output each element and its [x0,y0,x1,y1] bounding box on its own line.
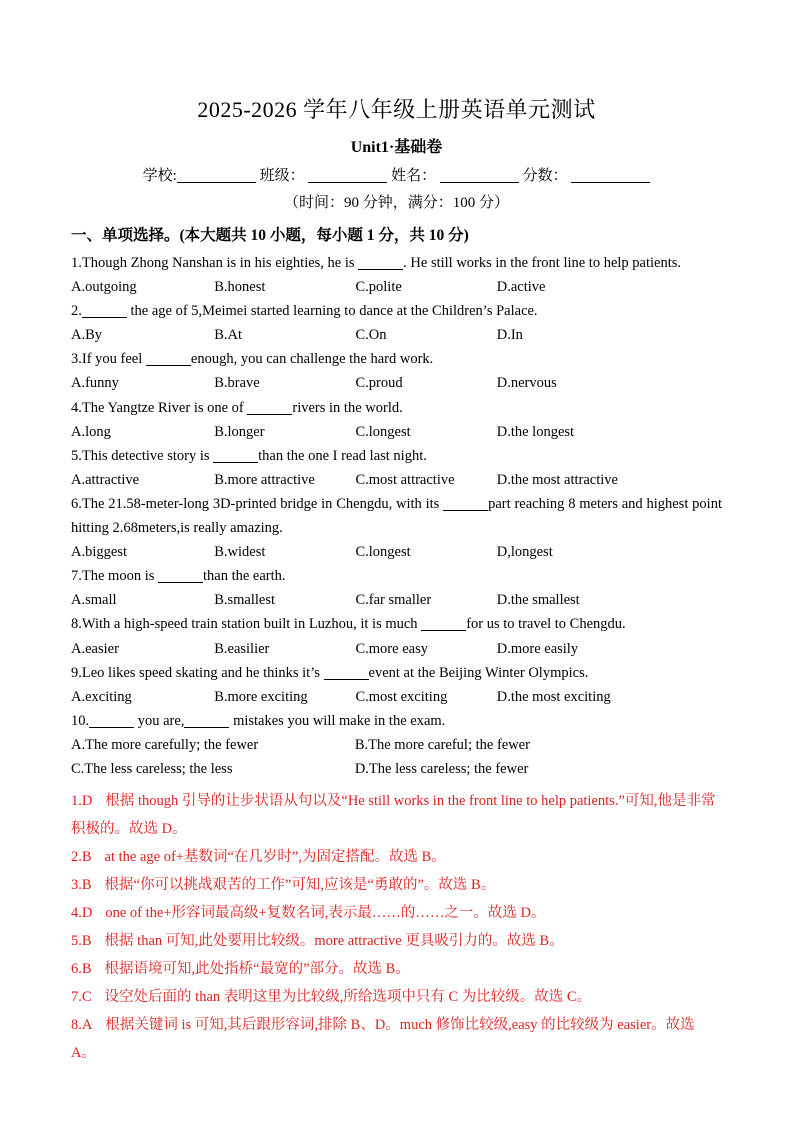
q8-option-d: D.more easily [497,637,722,661]
stem-segment: 8.With a high-speed train station built … [71,616,421,632]
class-blank [308,170,387,184]
fill-in-blank [89,715,134,727]
answer-6-label: 6.B [71,961,105,977]
student-info-line: 学校: 班级： 姓名： 分数： [71,166,722,186]
question-area: 1.Though Zhong Nanshan is in his eightie… [71,251,722,781]
question-8-options: A.easier B.easilier C.more easy D.more e… [71,637,722,661]
q6-option-d: D,longest [497,540,722,564]
answer-3: 3.B根据“你可以挑战艰苦的工作”可知,应该是“勇敢的”。故选 B。 [71,871,722,899]
q1-option-a: A.outgoing [71,275,214,299]
answer-1: 1.D根据 though 引导的让步状语从句以及“He still works … [71,787,722,843]
q5-option-d: D.the most attractive [497,468,722,492]
stem-segment: 10. [71,713,89,729]
q1-option-b: B.honest [214,275,355,299]
question-10-options: A.The more carefully; the fewer B.The mo… [71,733,722,781]
stem-segment: 2. [71,303,82,319]
question-3-options: A.funny B.brave C.proud D.nervous [71,371,722,395]
q8-option-c: C.more easy [355,637,496,661]
q4-option-d: D.the longest [497,420,722,444]
answer-4-label: 4.D [71,905,105,921]
question-7-options: A.small B.smallest C.far smaller D.the s… [71,588,722,612]
q4-option-c: C.longest [355,420,496,444]
score-blank [571,170,650,184]
q8-option-a: A.easier [71,637,214,661]
stem-segment: than the one I read last night. [258,448,427,464]
question-9-options: A.exciting B.more exciting C.most exciti… [71,685,722,709]
fill-in-blank [82,306,127,318]
q3-option-b: B.brave [214,371,355,395]
q6-option-a: A.biggest [71,540,214,564]
question-2-options: A.By B.At C.On D.In [71,323,722,347]
q2-option-d: D.In [497,323,722,347]
q2-option-c: C.On [355,323,496,347]
answer-3-text: 根据“你可以挑战艰苦的工作”可知,应该是“勇敢的”。故选 B。 [105,877,496,893]
paper-subtitle: Unit1·基础卷 [71,139,722,157]
q8-option-b: B.easilier [214,637,355,661]
q2-option-a: A.By [71,323,214,347]
q3-option-c: C.proud [355,371,496,395]
q7-option-a: A.small [71,588,214,612]
q6-option-b: B.widest [214,540,355,564]
stem-segment: 6.The 21.58-meter-long 3D-printed bridge… [71,496,443,512]
stem-segment: you are, [134,713,184,729]
q3-option-d: D.nervous [497,371,722,395]
stem-segment: 4.The Yangtze River is one of [71,400,247,416]
q3-option-a: A.funny [71,371,214,395]
time-note: （时间：90 分钟，满分：100 分） [71,193,722,213]
stem-segment: 1.Though Zhong Nanshan is in his eightie… [71,255,358,271]
fill-in-blank [213,450,258,462]
question-7-stem: 7.The moon is than the earth. [71,564,722,588]
question-6-options: A.biggest B.widest C.longest D,longest [71,540,722,564]
q4-option-a: A.long [71,420,214,444]
question-3-stem: 3.If you feel enough, you can challenge … [71,347,722,371]
score-label: 分数： [523,168,568,184]
q5-option-c: C.most attractive [355,468,496,492]
answer-7-text: 设空处后面的 than 表明这里为比较级,所给选项中只有 C 为比较级。故选 C… [105,989,592,1005]
answer-5: 5.B根据 than 可知,此处要用比较级。more attractive 更具… [71,927,722,955]
q7-option-d: D.the smallest [497,588,722,612]
stem-segment: than the earth. [203,568,286,584]
fill-in-blank [358,258,403,270]
paper-title: 2025-2026 学年八年级上册英语单元测试 [71,97,722,123]
answer-7: 7.C设空处后面的 than 表明这里为比较级,所给选项中只有 C 为比较级。故… [71,983,722,1011]
question-4-options: A.long B.longer C.longest D.the longest [71,420,722,444]
q9-option-b: B.more exciting [214,685,355,709]
stem-segment: 9.Leo likes speed skating and he thinks … [71,665,324,681]
answer-2: 2.Bat the age of+基数词“在几岁时”,为固定搭配。故选 B。 [71,843,722,871]
stem-segment: 5.This detective story is [71,448,213,464]
answer-5-text: 根据 than 可知,此处要用比较级。more attractive 更具吸引力… [105,933,564,949]
question-6-stem: 6.The 21.58-meter-long 3D-printed bridge… [71,492,722,540]
q5-option-b: B.more attractive [214,468,355,492]
stem-segment: for us to travel to Chengdu. [466,616,625,632]
q2-option-b: B.At [214,323,355,347]
school-blank [177,170,256,184]
answer-4: 4.Done of the+形容词最高级+复数名词,表示最……的……之一。故选 … [71,899,722,927]
stem-segment: the age of 5,Meimei started learning to … [127,303,538,319]
stem-segment: 7.The moon is [71,568,158,584]
test-paper-page: 2025-2026 学年八年级上册英语单元测试 Unit1·基础卷 学校: 班级… [0,0,793,1122]
q7-option-b: B.smallest [214,588,355,612]
answer-8-text: 根据关键词 is 可知,其后跟形容词,排除 B、D。much 修饰比较级,eas… [71,1017,695,1061]
question-1-options: A.outgoing B.honest C.polite D.active [71,275,722,299]
answer-4-text: one of the+形容词最高级+复数名词,表示最……的……之一。故选 D。 [105,905,545,921]
question-2-stem: 2. the age of 5,Meimei started learning … [71,299,722,323]
answer-8-label: 8.A [71,1017,105,1033]
q10-option-c: C.The less careless; the less [71,757,355,781]
answer-1-text: 根据 though 引导的让步状语从句以及“He still works in … [71,793,716,837]
q9-option-c: C.most exciting [355,685,496,709]
answer-6: 6.B根据语境可知,此处指桥“最宽的”部分。故选 B。 [71,955,722,983]
fill-in-blank [443,499,488,511]
answer-1-label: 1.D [71,793,105,809]
answer-5-label: 5.B [71,933,105,949]
q10-option-d: D.The less careless; the fewer [355,757,722,781]
name-label: 姓名： [391,168,436,184]
question-10-stem: 10. you are, mistakes you will make in t… [71,709,722,733]
answer-3-label: 3.B [71,877,105,893]
question-9-stem: 9.Leo likes speed skating and he thinks … [71,661,722,685]
fill-in-blank [158,571,203,583]
name-blank [440,170,519,184]
q7-option-c: C.far smaller [355,588,496,612]
answer-key-section: 1.D根据 though 引导的让步状语从句以及“He still works … [71,787,722,1067]
stem-segment: event at the Beijing Winter Olympics. [369,665,589,681]
stem-segment: 3.If you feel [71,351,146,367]
answer-8: 8.A根据关键词 is 可知,其后跟形容词,排除 B、D。much 修饰比较级,… [71,1011,722,1067]
q10-option-b: B.The more careful; the fewer [355,733,722,757]
q4-option-b: B.longer [214,420,355,444]
answer-2-label: 2.B [71,849,105,865]
q1-option-c: C.polite [355,275,496,299]
class-label: 班级： [260,168,305,184]
fill-in-blank [421,619,466,631]
q1-option-d: D.active [497,275,722,299]
answer-7-label: 7.C [71,989,105,1005]
q10-option-a: A.The more carefully; the fewer [71,733,355,757]
q6-option-c: C.longest [355,540,496,564]
q5-option-a: A.attractive [71,468,214,492]
stem-segment: mistakes you will make in the exam. [229,713,445,729]
fill-in-blank [184,715,229,727]
question-5-stem: 5.This detective story is than the one I… [71,444,722,468]
answer-6-text: 根据语境可知,此处指桥“最宽的”部分。故选 B。 [105,961,410,977]
q9-option-a: A.exciting [71,685,214,709]
stem-segment: rivers in the world. [292,400,402,416]
answer-2-text: at the age of+基数词“在几岁时”,为固定搭配。故选 B。 [105,849,446,865]
stem-segment: enough, you can challenge the hard work. [191,351,433,367]
question-1-stem: 1.Though Zhong Nanshan is in his eightie… [71,251,722,275]
fill-in-blank [146,354,191,366]
fill-in-blank [324,667,369,679]
question-4-stem: 4.The Yangtze River is one of rivers in … [71,396,722,420]
fill-in-blank [247,402,292,414]
stem-segment: . He still works in the front line to he… [403,255,681,271]
question-5-options: A.attractive B.more attractive C.most at… [71,468,722,492]
section-1-heading: 一、单项选择。(本大题共 10 小题，每小题 1 分，共 10 分) [71,226,722,246]
q9-option-d: D.the most exciting [497,685,722,709]
school-label: 学校: [143,168,177,184]
question-8-stem: 8.With a high-speed train station built … [71,612,722,636]
